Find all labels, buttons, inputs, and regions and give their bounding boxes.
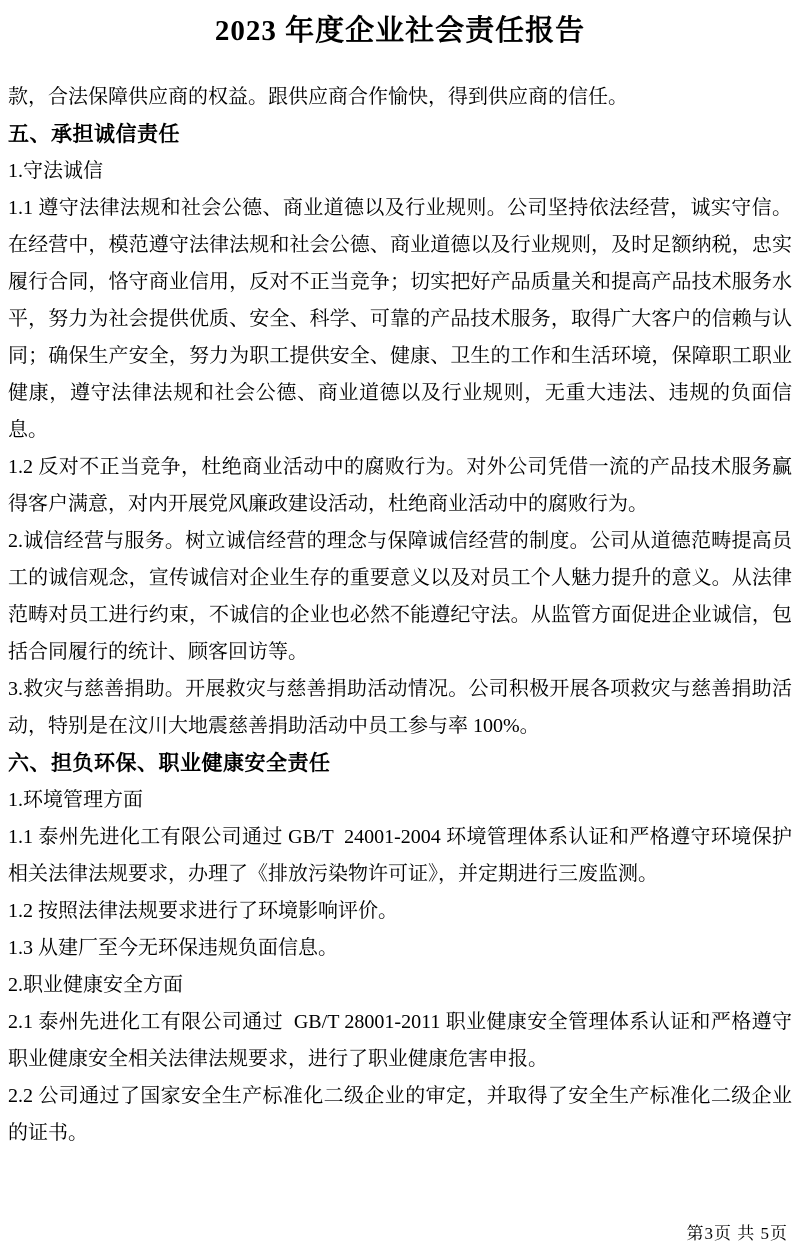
document-page: 2023 年度企业社会责任报告 款，合法保障供应商的权益。跟供应商合作愉快，得到… <box>0 0 800 1249</box>
document-title: 2023 年度企业社会责任报告 <box>0 0 800 52</box>
paragraph-occupational-health-2-2: 2.2 公司通过了国家安全生产标准化二级企业的审定，并取得了安全生产标准化二级企… <box>8 1078 792 1152</box>
paragraph-anti-corruption-1-2: 1.2 反对不正当竞争，杜绝商业活动中的腐败行为。对外公司凭借一流的产品技术服务… <box>8 449 792 523</box>
paragraph-charity-donation: 3.救灾与慈善捐助。开展救灾与慈善捐助活动情况。公司积极开展各项救灾与慈善捐助活… <box>8 671 792 745</box>
paragraph-law-abiding-1-1: 1.1 遵守法律法规和社会公德、商业道德以及行业规则。公司坚持依法经营，诚实守信… <box>8 190 792 449</box>
section-heading-integrity: 五、承担诚信责任 <box>8 116 792 153</box>
paragraph-occupational-health-title: 2.职业健康安全方面 <box>8 967 792 1004</box>
paragraph-occupational-health-2-1: 2.1 泰州先进化工有限公司通过 GB/T 28001-2011 职业健康安全管… <box>8 1004 792 1078</box>
page-number: 第3页 共 5页 <box>687 1224 789 1244</box>
paragraph-environment-management-title: 1.环境管理方面 <box>8 782 792 819</box>
paragraph-environment-1-2: 1.2 按照法律法规要求进行了环境影响评价。 <box>8 893 792 930</box>
paragraph-integrity-operation: 2.诚信经营与服务。树立诚信经营的理念与保障诚信经营的制度。公司从道德范畴提高员… <box>8 523 792 671</box>
document-body: 款，合法保障供应商的权益。跟供应商合作愉快，得到供应商的信任。 五、承担诚信责任… <box>0 79 800 1152</box>
paragraph-continued: 款，合法保障供应商的权益。跟供应商合作愉快，得到供应商的信任。 <box>8 79 792 116</box>
paragraph-law-abiding-title: 1.守法诚信 <box>8 153 792 190</box>
paragraph-environment-1-1: 1.1 泰州先进化工有限公司通过 GB/T 24001-2004 环境管理体系认… <box>8 819 792 893</box>
paragraph-environment-1-3: 1.3 从建厂至今无环保违规负面信息。 <box>8 930 792 967</box>
section-heading-environment-safety: 六、担负环保、职业健康安全责任 <box>8 745 792 782</box>
